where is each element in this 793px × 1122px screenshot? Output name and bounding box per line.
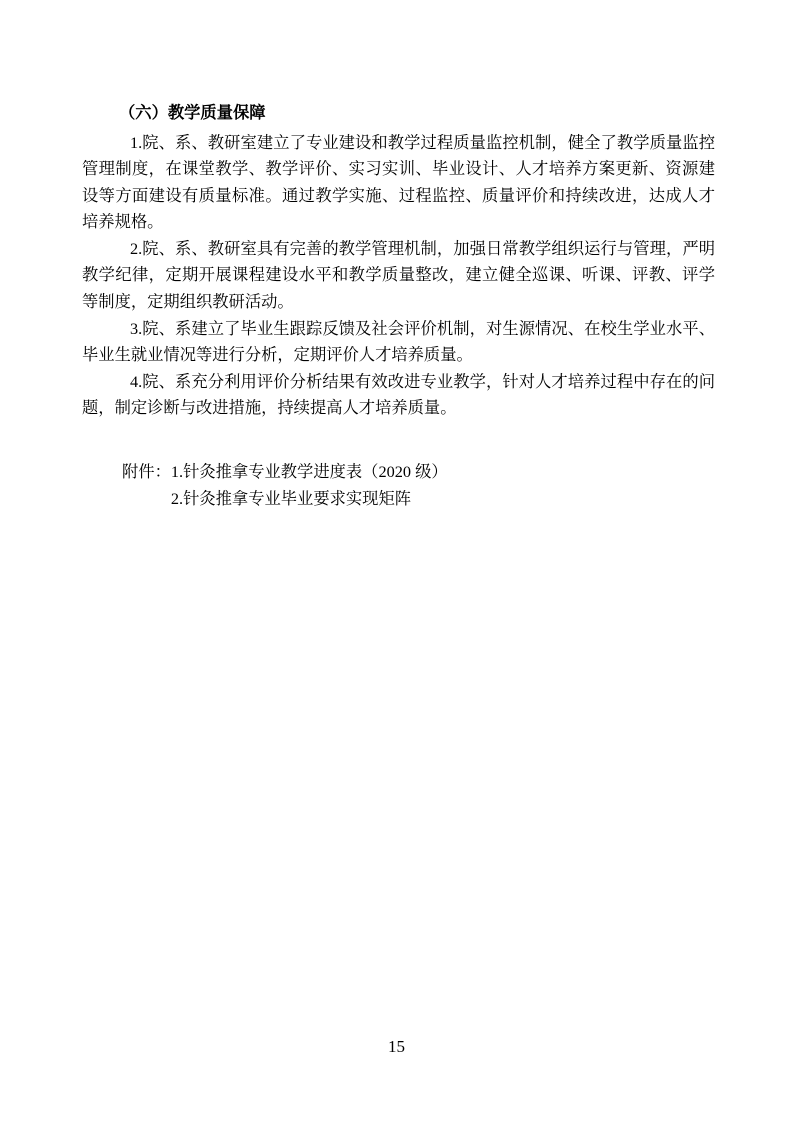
attachments-label: 附件： bbox=[122, 458, 171, 485]
page-body: （六）教学质量保障 1.院、系、教研室建立了专业建设和教学过程质量监控机制，健全… bbox=[82, 100, 715, 512]
paragraph-1: 1.院、系、教研室建立了专业建设和教学过程质量监控机制，健全了教学质量监控管理制… bbox=[82, 130, 715, 236]
document-page: （六）教学质量保障 1.院、系、教研室建立了专业建设和教学过程质量监控机制，健全… bbox=[0, 0, 793, 1122]
section-heading: （六）教学质量保障 bbox=[82, 100, 715, 127]
paragraph-2: 2.院、系、教研室具有完善的教学管理机制，加强日常教学组织运行与管理，严明教学纪… bbox=[82, 236, 715, 316]
page-number: 15 bbox=[388, 1037, 405, 1056]
attachment-item-2: 2.针灸推拿专业毕业要求实现矩阵 bbox=[171, 485, 715, 512]
paragraph-4: 4.院、系充分利用评价分析结果有效改进专业教学，针对人才培养过程中存在的问题，制… bbox=[82, 369, 715, 422]
attachments-list: 1.针灸推拿专业教学进度表（2020 级） 2.针灸推拿专业毕业要求实现矩阵 bbox=[171, 458, 715, 512]
attachments-row: 附件： 1.针灸推拿专业教学进度表（2020 级） 2.针灸推拿专业毕业要求实现… bbox=[122, 458, 715, 512]
page-footer: 15 bbox=[0, 1036, 793, 1057]
paragraph-3: 3.院、系建立了毕业生跟踪反馈及社会评价机制，对生源情况、在校生学业水平、毕业生… bbox=[82, 316, 715, 369]
attachment-item-1: 1.针灸推拿专业教学进度表（2020 级） bbox=[171, 458, 715, 485]
attachments-block: 附件： 1.针灸推拿专业教学进度表（2020 级） 2.针灸推拿专业毕业要求实现… bbox=[122, 458, 715, 512]
